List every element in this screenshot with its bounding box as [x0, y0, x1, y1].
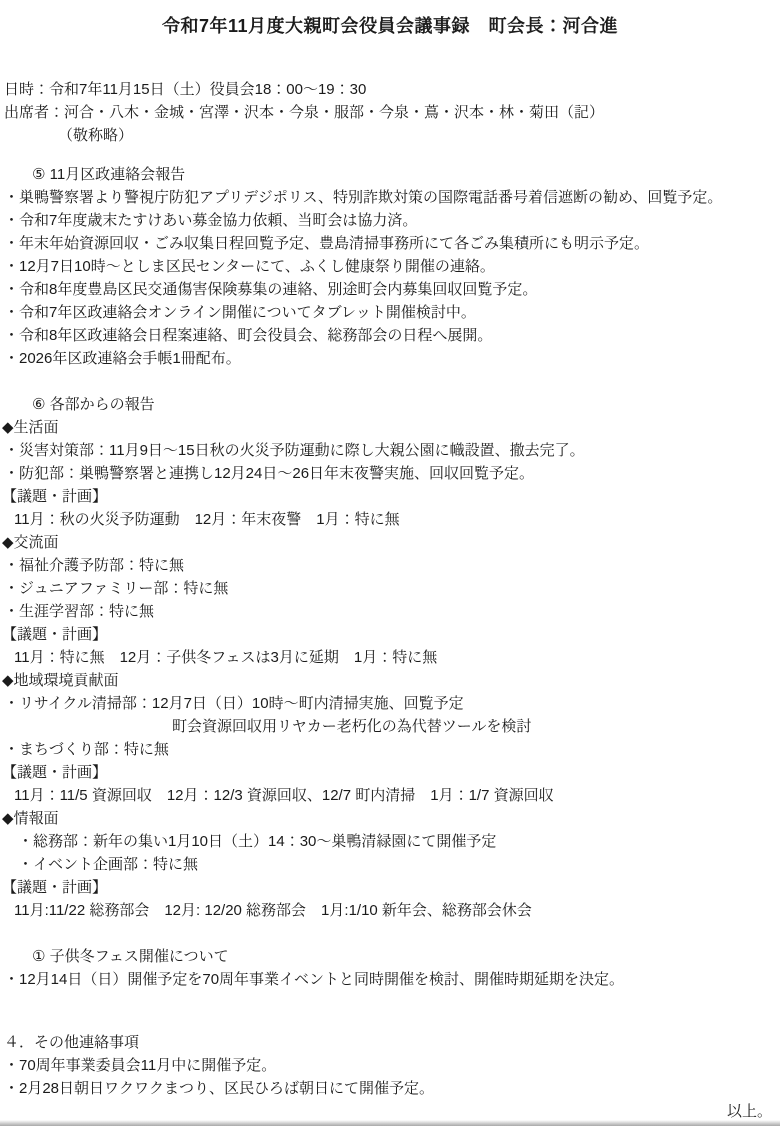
doc-line: 11月:11/22 総務部会 12月: 12/20 総務部会 1月:1/10 新…	[0, 899, 780, 922]
doc-line: 【議題・計画】	[0, 761, 780, 784]
doc-line: ・イベント企画部：特に無	[0, 853, 780, 876]
doc-line: ◆交流面	[0, 531, 780, 554]
doc-line: ・巣鴨警察署より警視庁防犯アプリデジポリス、特別詐欺対策の国際電話番号着信遮断の…	[0, 186, 780, 209]
doc-line: 11月：秋の火災予防運動 12月：年末夜警 1月：特に無	[0, 508, 780, 531]
doc-line: 【議題・計画】	[0, 623, 780, 646]
line-gap	[0, 991, 780, 1031]
doc-line: 町会資源回収用リヤカー老朽化の為代替ツールを検討	[0, 715, 780, 738]
line-gap	[0, 147, 780, 163]
doc-line: ・12月7日10時～としま区民センターにて、ふくし健康祭り開催の連絡。	[0, 255, 780, 278]
page-bottom-edge	[0, 1120, 780, 1126]
doc-line: ◆情報面	[0, 807, 780, 830]
doc-line: ・年末年始資源回収・ごみ収集日程回覧予定、豊島清掃事務所にて各ごみ集積所にも明示…	[0, 232, 780, 255]
doc-line: ・令和8年度豊島区民交通傷害保険募集の連絡、別途町会内募集回収回覧予定。	[0, 278, 780, 301]
line-gap	[0, 922, 780, 945]
doc-line: ・令和7年度歳末たすけあい募金協力依頼、当町会は協力済。	[0, 209, 780, 232]
doc-line: ・リサイクル清掃部：12月7日（日）10時～町内清掃実施、回覧予定	[0, 692, 780, 715]
doc-line: ⑤ 11月区政連絡会報告	[0, 163, 780, 186]
doc-line: ・まちづくり部：特に無	[0, 738, 780, 761]
document-page: 令和7年11月度大親町会役員会議事録 町会長：河合進 日時：令和7年11月15日…	[0, 0, 780, 1126]
doc-line: ・2026年区政連絡会手帳1冊配布。	[0, 347, 780, 370]
doc-line: ・2月28日朝日ワクワクまつり、区民ひろば朝日にて開催予定。	[0, 1077, 780, 1100]
doc-line: ◆地域環境貢献面	[0, 669, 780, 692]
doc-line: 日時：令和7年11月15日（土）役員会18：00～19：30	[0, 78, 780, 101]
doc-line: ・ジュニアファミリー部：特に無	[0, 577, 780, 600]
doc-line: ・総務部：新年の集い1月10日（土）14：30～巣鴨清緑園にて開催予定	[0, 830, 780, 853]
doc-line: 11月：11/5 資源回収 12月：12/3 資源回収、12/7 町内清掃 1月…	[0, 784, 780, 807]
document-body: 日時：令和7年11月15日（土）役員会18：00～19：30出席者：河合・八木・…	[0, 78, 780, 1123]
line-gap	[0, 370, 780, 393]
doc-line: ・災害対策部：11月9日～15日秋の火災予防運動に際し大親公園に幟設置、撤去完了…	[0, 439, 780, 462]
doc-line: ・令和7年区政連絡会オンライン開催についてタブレット開催検討中。	[0, 301, 780, 324]
doc-line: ・70周年事業委員会11月中に開催予定。	[0, 1054, 780, 1077]
doc-line: 出席者：河合・八木・金城・宮澤・沢本・今泉・服部・今泉・蔦・沢本・林・菊田（記）	[0, 101, 780, 124]
doc-line: ⑥ 各部からの報告	[0, 393, 780, 416]
doc-line: ・防犯部：巣鴨警察署と連携し12月24日～26日年末夜警実施、回収回覧予定。	[0, 462, 780, 485]
doc-line: 【議題・計画】	[0, 876, 780, 899]
doc-line: ・令和8年区政連絡会日程案連絡、町会役員会、総務部会の日程へ展開。	[0, 324, 780, 347]
doc-line: ① 子供冬フェス開催について	[0, 945, 780, 968]
doc-line: ４．その他連絡事項	[0, 1031, 780, 1054]
doc-line: （敬称略）	[0, 124, 780, 147]
doc-line: 11月：特に無 12月：子供冬フェスは3月に延期 1月：特に無	[0, 646, 780, 669]
doc-line: ・福祉介護予防部：特に無	[0, 554, 780, 577]
page-title: 令和7年11月度大親町会役員会議事録 町会長：河合進	[0, 0, 780, 38]
doc-line: 【議題・計画】	[0, 485, 780, 508]
doc-line: ・生涯学習部：特に無	[0, 600, 780, 623]
doc-line: ・12月14日（日）開催予定を70周年事業イベントと同時開催を検討、開催時期延期…	[0, 968, 780, 991]
doc-line: ◆生活面	[0, 416, 780, 439]
